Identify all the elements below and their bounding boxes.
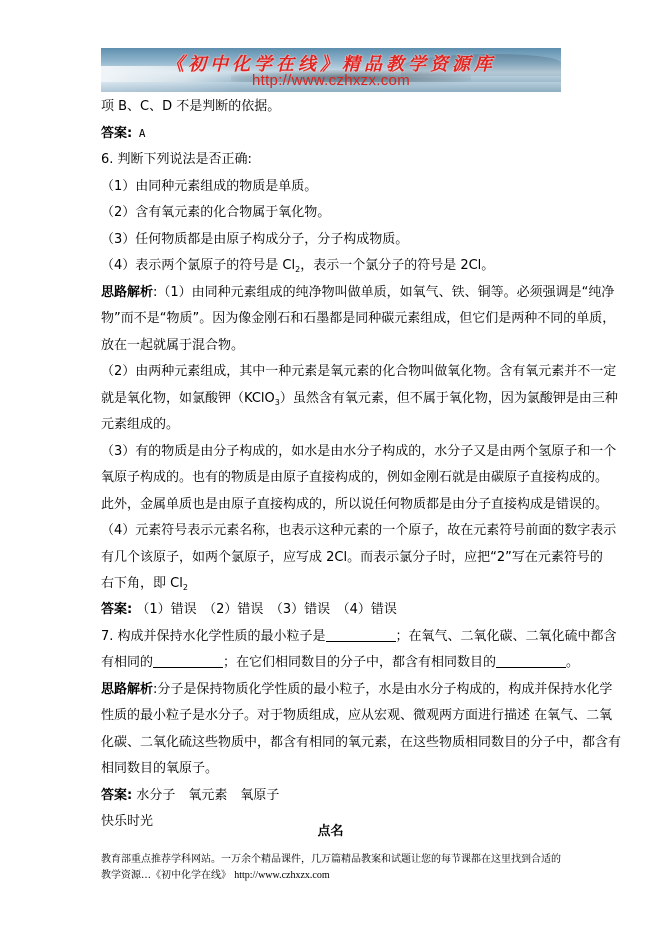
subscript: 2 [183,583,188,592]
text: ；在氧气、二氧化碳、二氧化硫中都含 [396,629,617,644]
analysis-7-line: 化碳、二氧化硫这些物质中，都含有相同的氧元素，在这些物质相同数目的分子中，都含有 [101,732,621,754]
answer-value: 水分子 氧元素 氧原子 [132,788,279,803]
analysis-label: 思路解析 [101,682,153,697]
page-footer: 教育部重点推荐学科网站。一万余个精品课件，几万篇精品教案和试题让您的每节课都在这… [101,852,571,884]
footer-text: 教学资源…《初中化学在线》 [101,870,231,881]
text: ，表示一个氯分子的符号是 2Cl。 [300,258,494,273]
text: 。 [566,655,579,670]
text: 元素组成的。 [101,417,179,432]
text: （3）任何物质都是由原子构成分子，分子构成物质。 [101,232,408,247]
analysis-6-line: 就是氧化物，如氯酸钾（KClO3）虽然含有氧元素，但不属于氧化物，因为氯酸钾是由… [101,388,618,410]
text: （4）表示两个氯原子的符号是 Cl [101,258,295,273]
footer-line-1: 教育部重点推荐学科网站。一万余个精品课件，几万篇精品教案和试题让您的每节课都在这… [101,852,571,868]
footer-line-2: 教学资源…《初中化学在线》 http://www.czhxzx.com [101,868,571,884]
answer-q6: 答案: （1）错误 （2）错误 （3）错误 （4）错误 [101,599,397,621]
fill-in-blank-3[interactable] [496,653,566,668]
text: （4）元素符号表示元素名称，也表示这种元素的一个原子，故在元素符号前面的数字表示 [101,523,616,538]
answer-label: 答案: [101,126,132,141]
section-title: 点名 [0,823,661,841]
analysis-6-line: （2）由两种元素组成，其中一种元素是氧元素的化合物叫做氧化物。含有氧元素并不一定 [101,361,616,383]
analysis-7-line: 性质的最小粒子是水分子。对于物质组成，应从宏观、微观两方面进行描述 在氧气、二氧 [101,705,612,727]
text: :分子是保持物质化学性质的最小粒子，水是由水分子构成的，构成并保持水化学 [153,682,612,697]
text: 此外，金属单质也是由原子直接构成的，所以说任何物质都是由分子直接构成是错误的。 [101,497,608,512]
fill-in-blank-2[interactable] [153,653,223,668]
text: 项 B、C、D 不是判断的依据。 [101,99,280,114]
analysis-6-line: （4）元素符号表示元素名称，也表示这种元素的一个原子，故在元素符号前面的数字表示 [101,520,616,542]
text: 有几个该原子，如两个氯原子，应写成 2Cl。而表示氯分子时，应把“2”写在元素符… [101,550,603,565]
question-7-line: 有相同的；在它们相同数目的分子中，都含有相同数目的。 [101,652,579,674]
text: （2）由两种元素组成，其中一种元素是氧元素的化合物叫做氧化物。含有氧元素并不一定 [101,364,616,379]
text: ）虽然含有氧元素，但不属于氧化物，因为氯酸钾是由三种 [280,391,618,406]
analysis-6-line: 此外，金属单质也是由原子直接构成的，所以说任何物质都是由分子直接构成是错误的。 [101,494,608,516]
text: （1）由同种元素组成的物质是单质。 [101,179,317,194]
text: 性质的最小粒子是水分子。对于物质组成，应从宏观、微观两方面进行描述 在氧气、二氧 [101,708,612,723]
footer-url-link[interactable]: http://www.czhxzx.com [234,870,329,881]
analysis-6-line: （3）有的物质是由分子构成的，如水是由水分子构成的，水分子又是由两个氢原子和一个 [101,441,616,463]
site-banner: 《初中化学在线》精品教学资源库 http://www.czhxzx.com [101,48,561,92]
text: 化碳、二氧化硫这些物质中，都含有相同的氧元素，在这些物质相同数目的分子中，都含有 [101,735,621,750]
banner-url: http://www.czhxzx.com [101,72,561,89]
text: 有相同的 [101,655,153,670]
text: ；在它们相同数目的分子中，都含有相同数目的 [223,655,496,670]
text: :（1）由同种元素组成的纯净物叫做单质，如氧气、铁、铜等。必须强调是“纯净 [153,285,614,300]
text: （3）有的物质是由分子构成的，如水是由水分子构成的，水分子又是由两个氢原子和一个 [101,444,616,459]
text: 氧原子构成的。也有的物质是由原子直接构成的，例如金刚石就是由碳原子直接构成的。 [101,470,608,485]
analysis-7-line: 思路解析:分子是保持物质化学性质的最小粒子，水是由水分子构成的，构成并保持水化学 [101,679,612,701]
analysis-6-line: 物”而不是“物质”。因为像金刚石和石墨都是同种碳元素组成，但它们是两种不同的单质… [101,308,615,330]
analysis-6-line: 思路解析:（1）由同种元素组成的纯净物叫做单质，如氧气、铁、铜等。必须强调是“纯… [101,282,614,304]
analysis-label: 思路解析 [101,285,153,300]
text: 相同数目的氧原子。 [101,761,218,776]
question-6-statement-4: （4）表示两个氯原子的符号是 Cl2，表示一个氯分子的符号是 2Cl。 [101,255,494,277]
analysis-6-line: 有几个该原子，如两个氯原子，应写成 2Cl。而表示氯分子时，应把“2”写在元素符… [101,547,603,569]
fill-in-blank-1[interactable] [326,627,396,642]
text: 物”而不是“物质”。因为像金刚石和石墨都是同种碳元素组成，但它们是两种不同的单质… [101,311,615,326]
analysis-6-line: 元素组成的。 [101,414,179,436]
text: （2）含有氧元素的化合物属于氧化物。 [101,205,330,220]
question-6-statement-2: （2）含有氧元素的化合物属于氧化物。 [101,202,330,224]
analysis-6-line: 氧原子构成的。也有的物质是由原子直接构成的，例如金刚石就是由碳原子直接构成的。 [101,467,608,489]
analysis-6-line: 放在一起就属于混合物。 [101,335,244,357]
text: 7. 构成并保持水化学性质的最小粒子是 [101,629,326,644]
answer-value: （1）错误 （2）错误 （3）错误 （4）错误 [132,602,397,617]
paragraph-line: 项 B、C、D 不是判断的依据。 [101,96,280,118]
answer-q5: 答案: A [101,123,145,145]
question-6-statement-1: （1）由同种元素组成的物质是单质。 [101,176,317,198]
answer-label: 答案: [101,788,132,803]
analysis-7-line: 相同数目的氧原子。 [101,758,218,780]
question-6-title: 6. 判断下列说法是否正确: [101,149,252,171]
text: 右下角，即 Cl [101,576,183,591]
answer-q7: 答案: 水分子 氧元素 氧原子 [101,785,279,807]
text: 放在一起就属于混合物。 [101,338,244,353]
text: 就是氧化物，如氯酸钾（KClO [101,391,275,406]
answer-label: 答案: [101,602,132,617]
text: 6. 判断下列说法是否正确: [101,152,252,167]
analysis-6-line: 右下角，即 Cl2 [101,573,188,595]
answer-value: A [132,127,145,140]
question-6-statement-3: （3）任何物质都是由原子构成分子，分子构成物质。 [101,229,408,251]
question-7-line: 7. 构成并保持水化学性质的最小粒子是；在氧气、二氧化碳、二氧化硫中都含 [101,626,617,648]
